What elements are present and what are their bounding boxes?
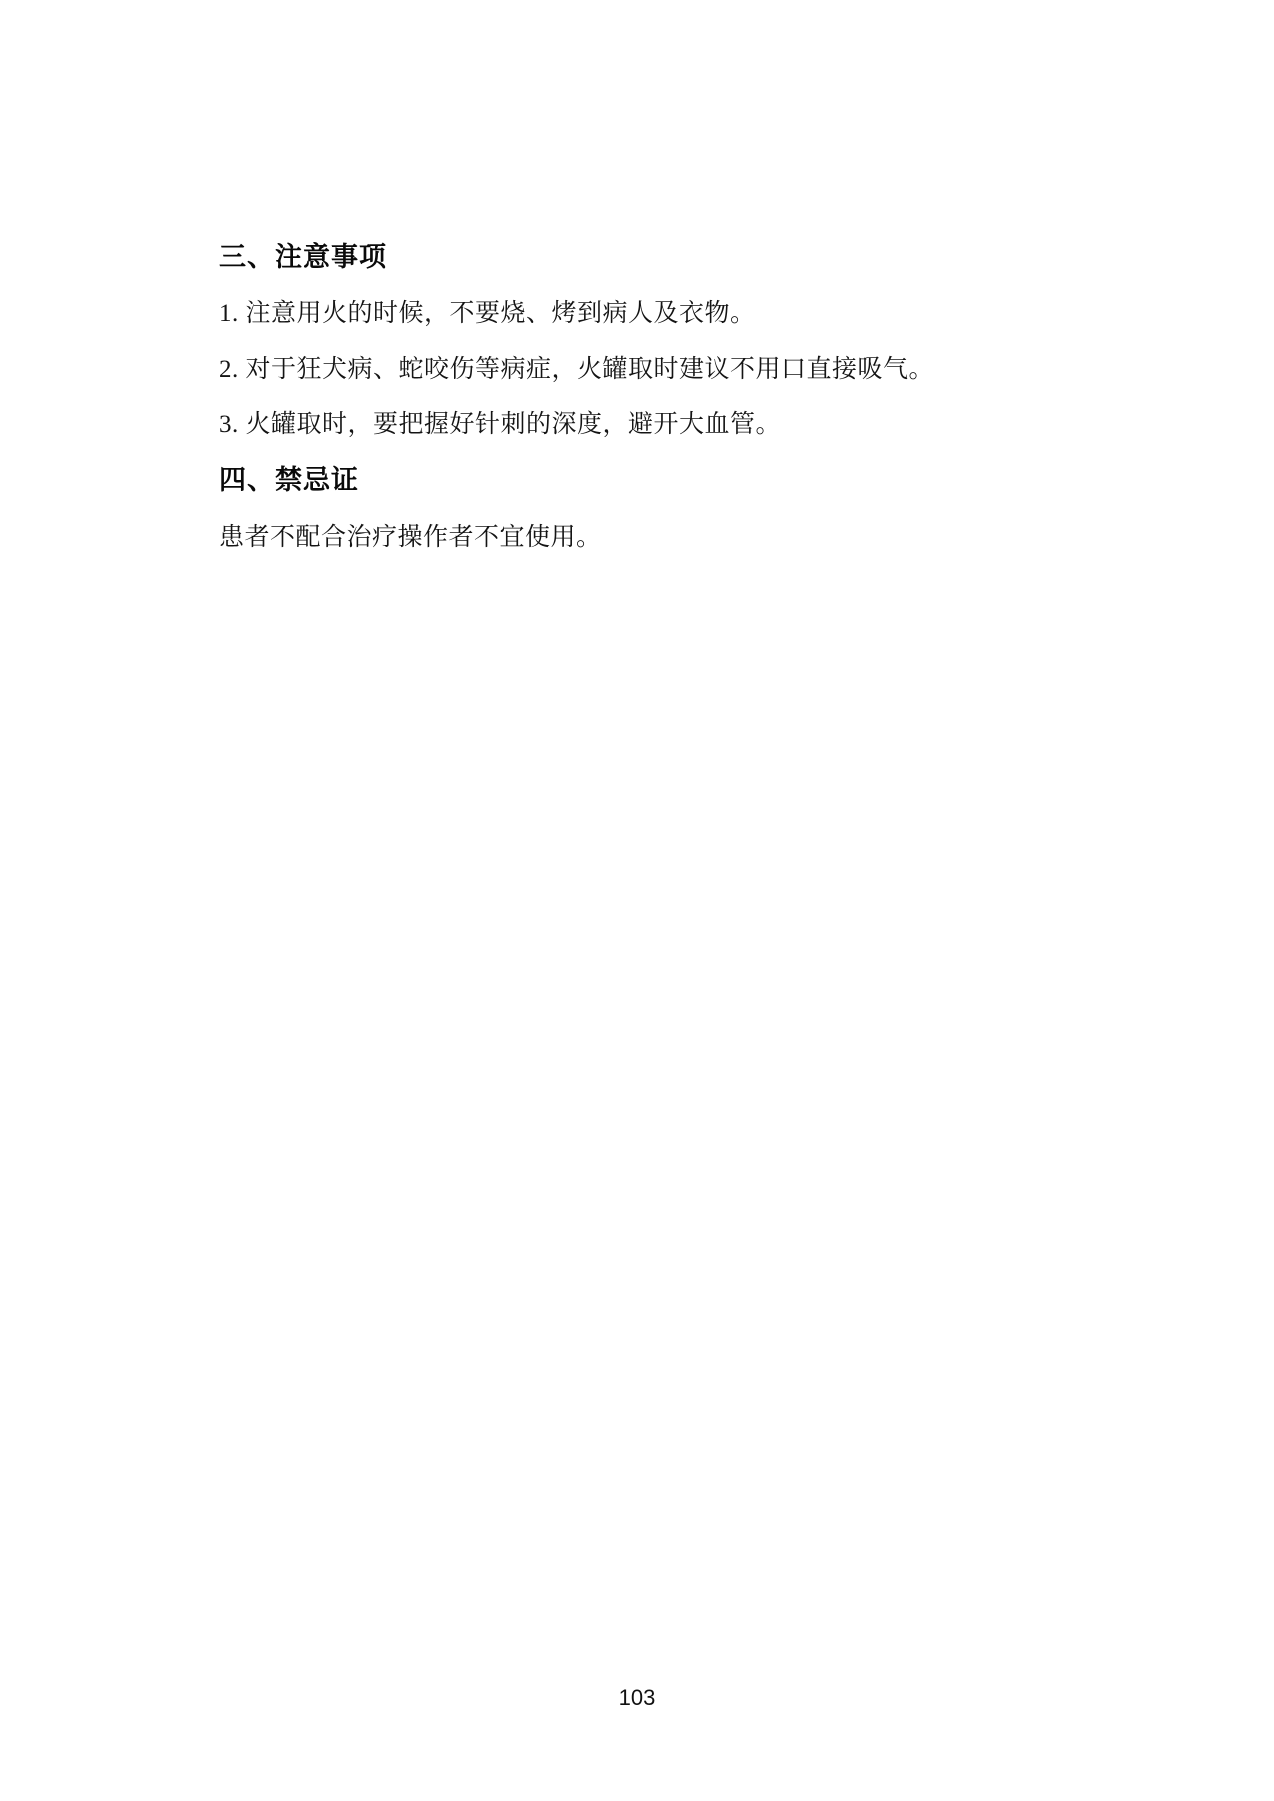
precaution-item-2: 2. 对于狂犬病、蛇咬伤等病症，火罐取时建议不用口直接吸气。 xyxy=(219,353,934,386)
contraindication-text: 患者不配合治疗操作者不宜使用。 xyxy=(219,521,602,554)
precaution-item-3: 3. 火罐取时，要把握好针刺的深度，避开大血管。 xyxy=(219,408,781,441)
document-page: 三、注意事项 1. 注意用火的时候，不要烧、烤到病人及衣物。 2. 对于狂犬病、… xyxy=(0,0,1274,1801)
section-heading-precautions: 三、注意事项 xyxy=(219,240,387,275)
page-number: 103 xyxy=(0,1684,1274,1712)
precaution-item-1: 1. 注意用火的时候，不要烧、烤到病人及衣物。 xyxy=(219,297,756,330)
section-heading-contraindications: 四、禁忌证 xyxy=(219,463,359,498)
